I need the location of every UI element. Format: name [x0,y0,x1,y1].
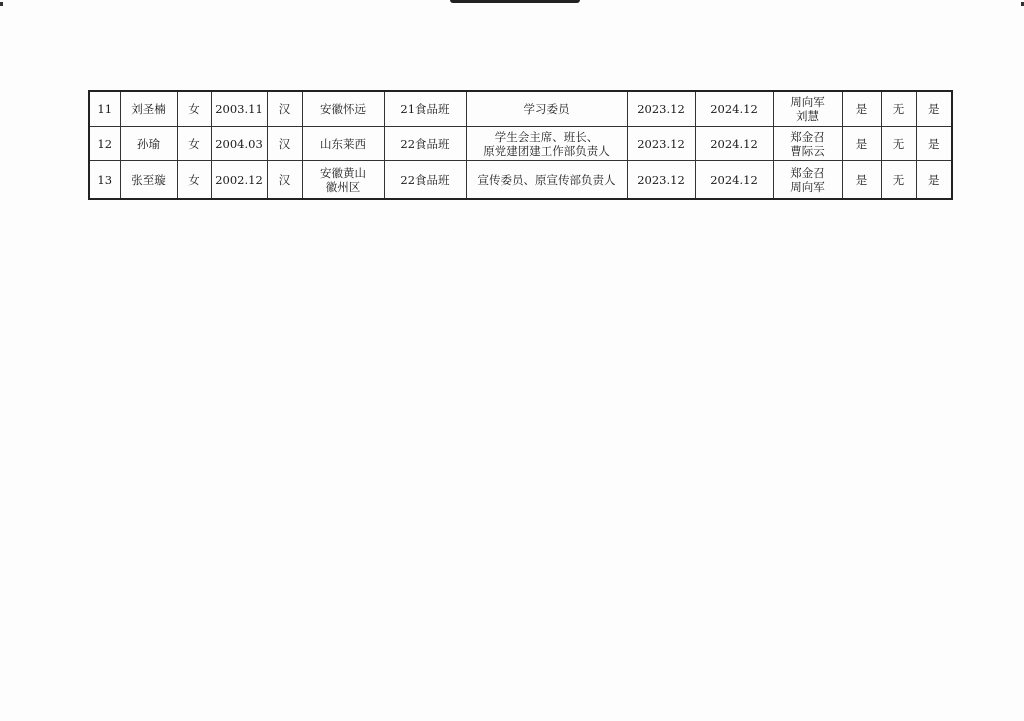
cell-name: 刘圣楠 [120,91,177,127]
cell-recommenders: 郑金召 曹际云 [773,127,842,161]
cell-col-a: 是 [842,161,881,200]
table-row: 13 张至璇 女 2002.12 汉 安徽黄山 徽州区 22食品班 宣传委员、原… [89,161,952,200]
cell-start: 2023.12 [627,91,695,127]
cell-recommenders: 周向军 刘慧 [773,91,842,127]
cell-class: 21食品班 [384,91,466,127]
cell-birth: 2002.12 [211,161,267,200]
cell-position: 学习委员 [466,91,627,127]
cell-ethnicity: 汉 [267,91,302,127]
cell-class: 22食品班 [384,127,466,161]
cell-ethnicity: 汉 [267,127,302,161]
cell-origin: 安徽怀远 [302,91,384,127]
cell-name: 孙瑜 [120,127,177,161]
cell-class: 22食品班 [384,161,466,200]
cell-end: 2024.12 [695,91,773,127]
cell-start: 2023.12 [627,161,695,200]
cell-start: 2023.12 [627,127,695,161]
cell-origin: 安徽黄山 徽州区 [302,161,384,200]
cell-birth: 2003.11 [211,91,267,127]
cell-col-c: 是 [916,91,952,127]
cell-end: 2024.12 [695,161,773,200]
cell-name: 张至璇 [120,161,177,200]
cell-col-a: 是 [842,91,881,127]
cell-index: 12 [89,127,120,161]
cell-gender: 女 [177,91,211,127]
table-row: 12 孙瑜 女 2004.03 汉 山东莱西 22食品班 学生会主席、班长、 原… [89,127,952,161]
cell-position: 宣传委员、原宣传部负责人 [466,161,627,200]
cell-origin: 山东莱西 [302,127,384,161]
cell-col-c: 是 [916,127,952,161]
cell-index: 11 [89,91,120,127]
cell-gender: 女 [177,161,211,200]
cell-col-a: 是 [842,127,881,161]
scan-artifact-top [450,0,580,3]
cell-gender: 女 [177,127,211,161]
cell-col-b: 无 [881,91,916,127]
table-row: 11 刘圣楠 女 2003.11 汉 安徽怀远 21食品班 学习委员 2023.… [89,91,952,127]
cell-ethnicity: 汉 [267,161,302,200]
cell-index: 13 [89,161,120,200]
student-roster-table: 11 刘圣楠 女 2003.11 汉 安徽怀远 21食品班 学习委员 2023.… [88,90,953,200]
cell-col-b: 无 [881,161,916,200]
scan-artifact-corner-left [0,2,3,6]
cell-col-b: 无 [881,127,916,161]
cell-birth: 2004.03 [211,127,267,161]
cell-col-c: 是 [916,161,952,200]
cell-position: 学生会主席、班长、 原党建团建工作部负责人 [466,127,627,161]
cell-end: 2024.12 [695,127,773,161]
cell-recommenders: 郑金召 周向军 [773,161,842,200]
